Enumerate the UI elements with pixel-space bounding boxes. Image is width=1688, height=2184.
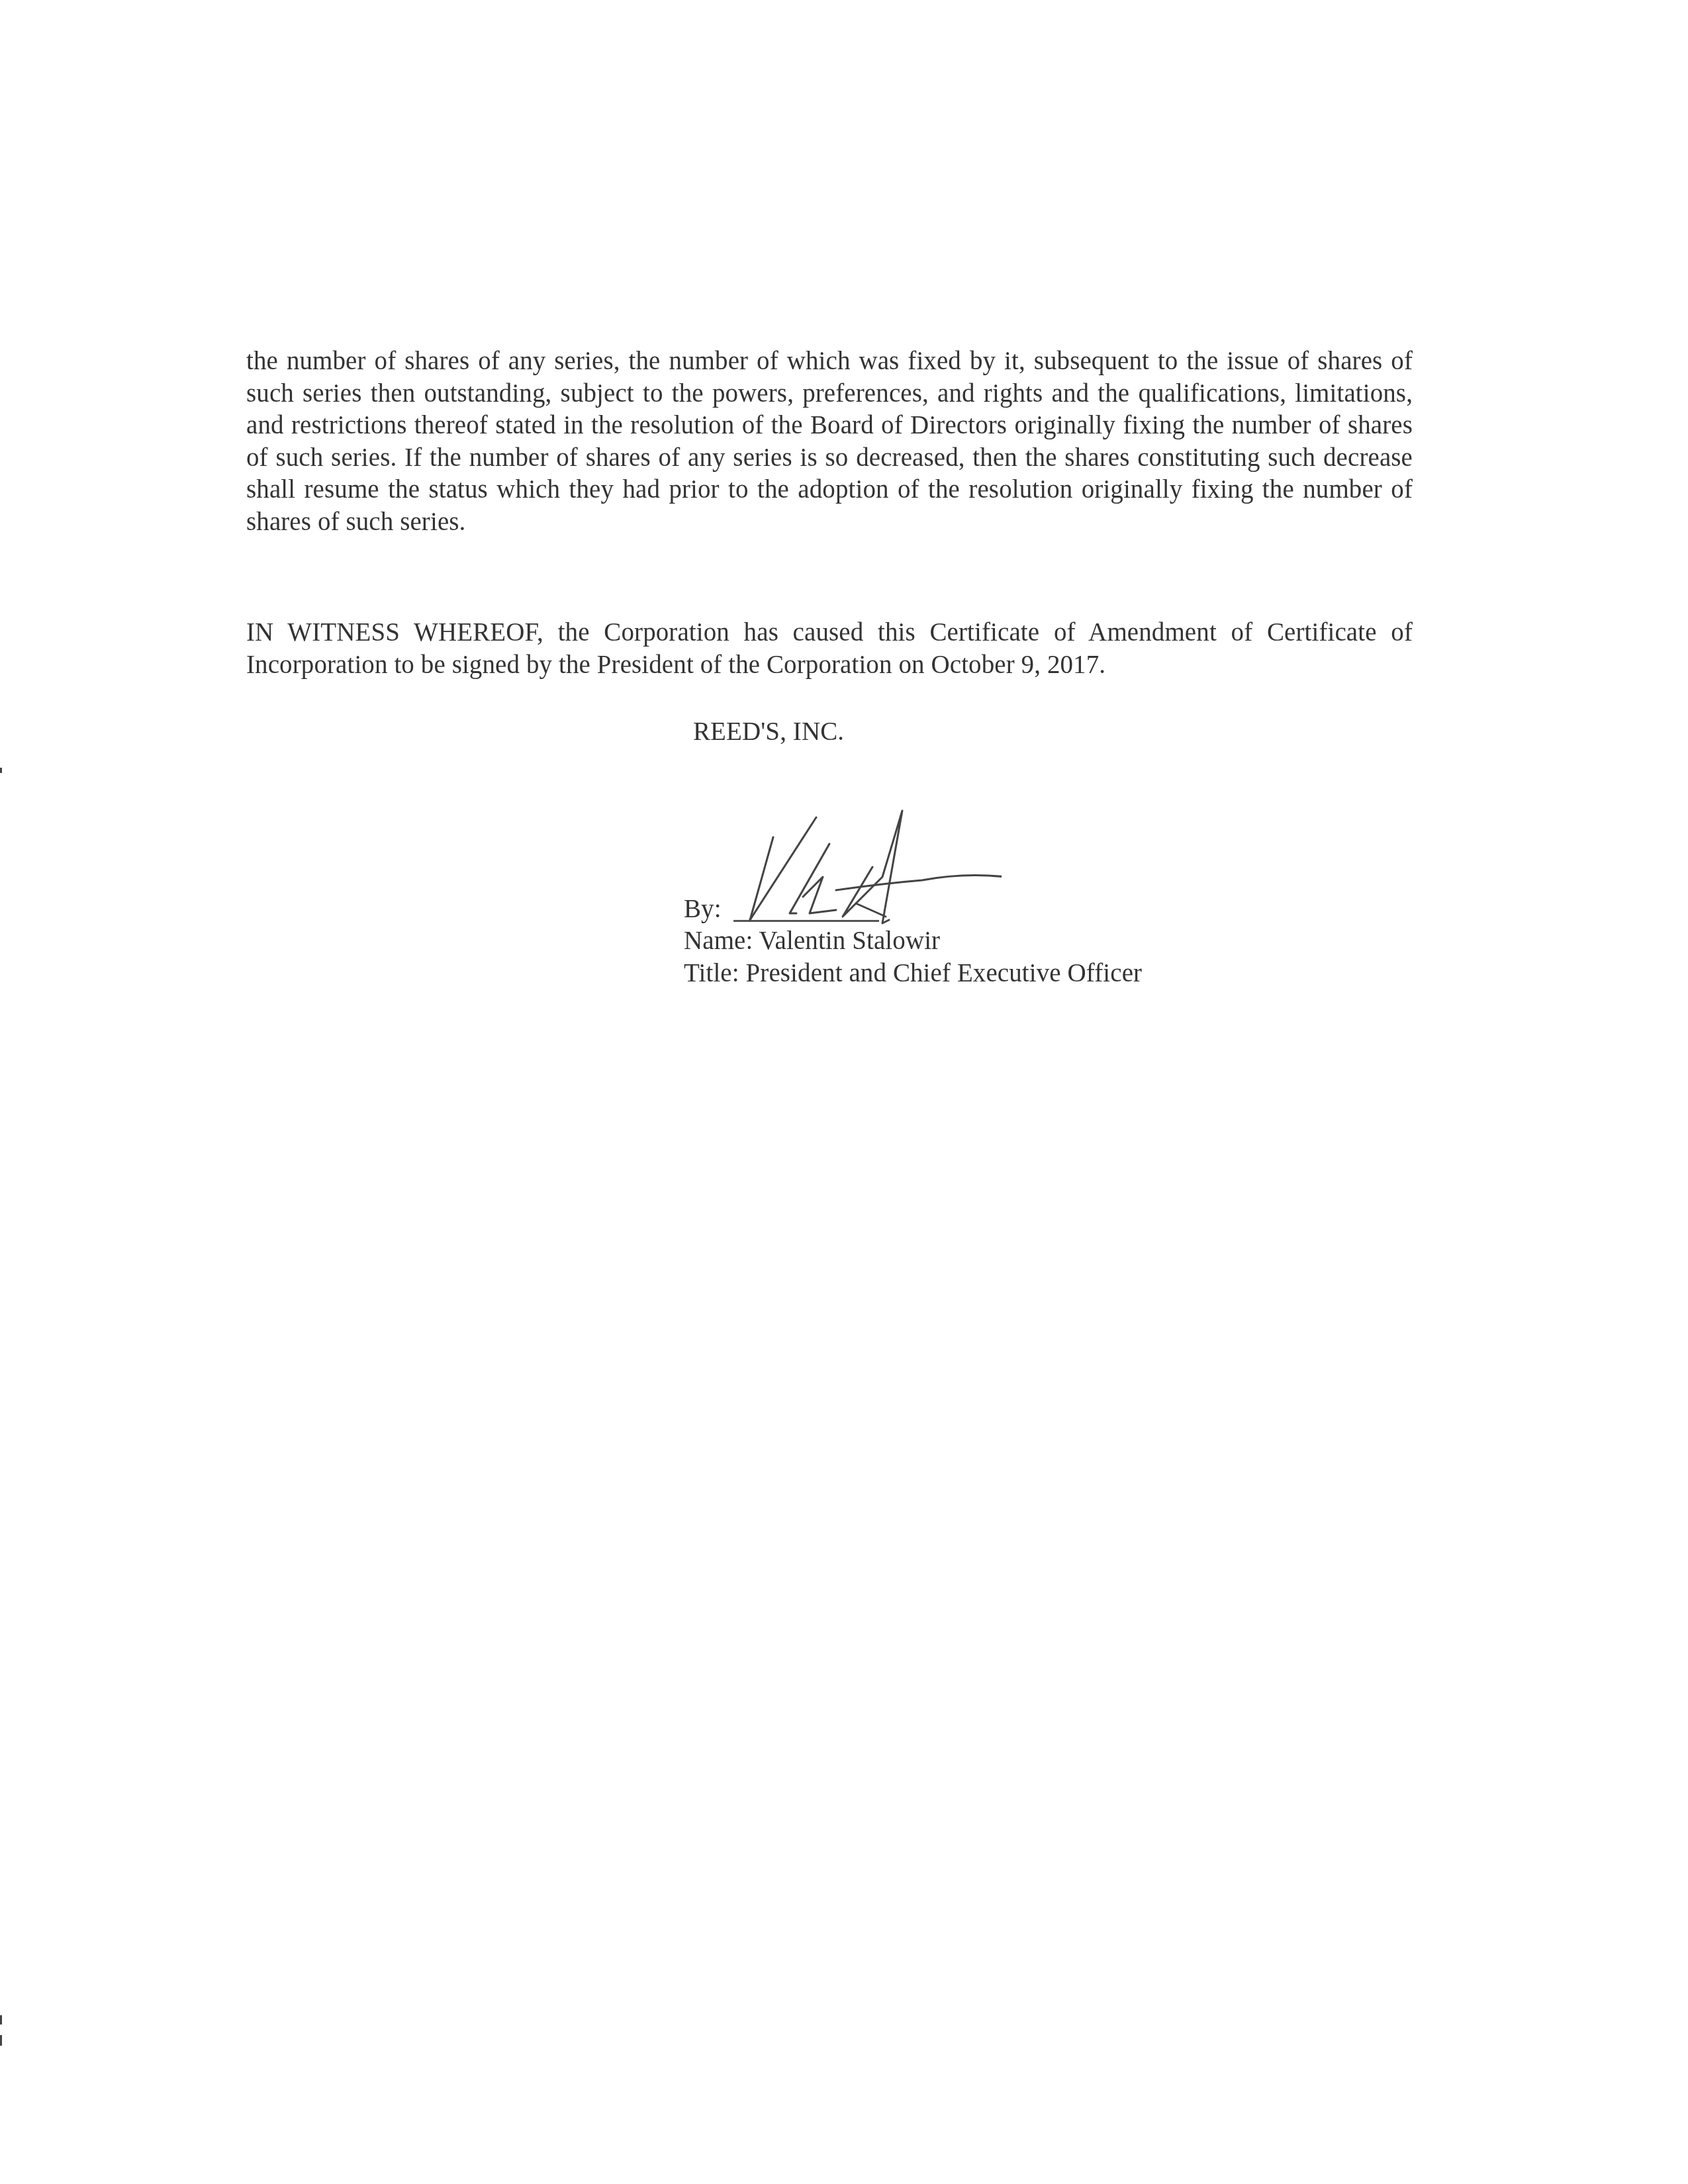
signature-block: By: Name: Valentin Stalowir Title: Presi… (684, 893, 1142, 989)
document-page: the number of shares of any series, the … (0, 0, 1688, 2184)
witness-paragraph: IN WITNESS WHEREOF, the Corporation has … (246, 617, 1413, 681)
scan-mark (0, 2015, 2, 2025)
scan-mark (0, 768, 2, 773)
signer-title: Title: President and Chief Executive Off… (684, 958, 1142, 990)
closing-paragraph: the number of shares of any series, the … (246, 345, 1413, 538)
handwritten-signature-icon (724, 797, 1002, 930)
signer-name: Name: Valentin Stalowir (684, 925, 1142, 958)
company-name: REED'S, INC. (693, 716, 844, 749)
scan-mark (0, 2035, 2, 2046)
by-label: By: (684, 893, 722, 926)
signature-row: By: (684, 893, 1142, 925)
